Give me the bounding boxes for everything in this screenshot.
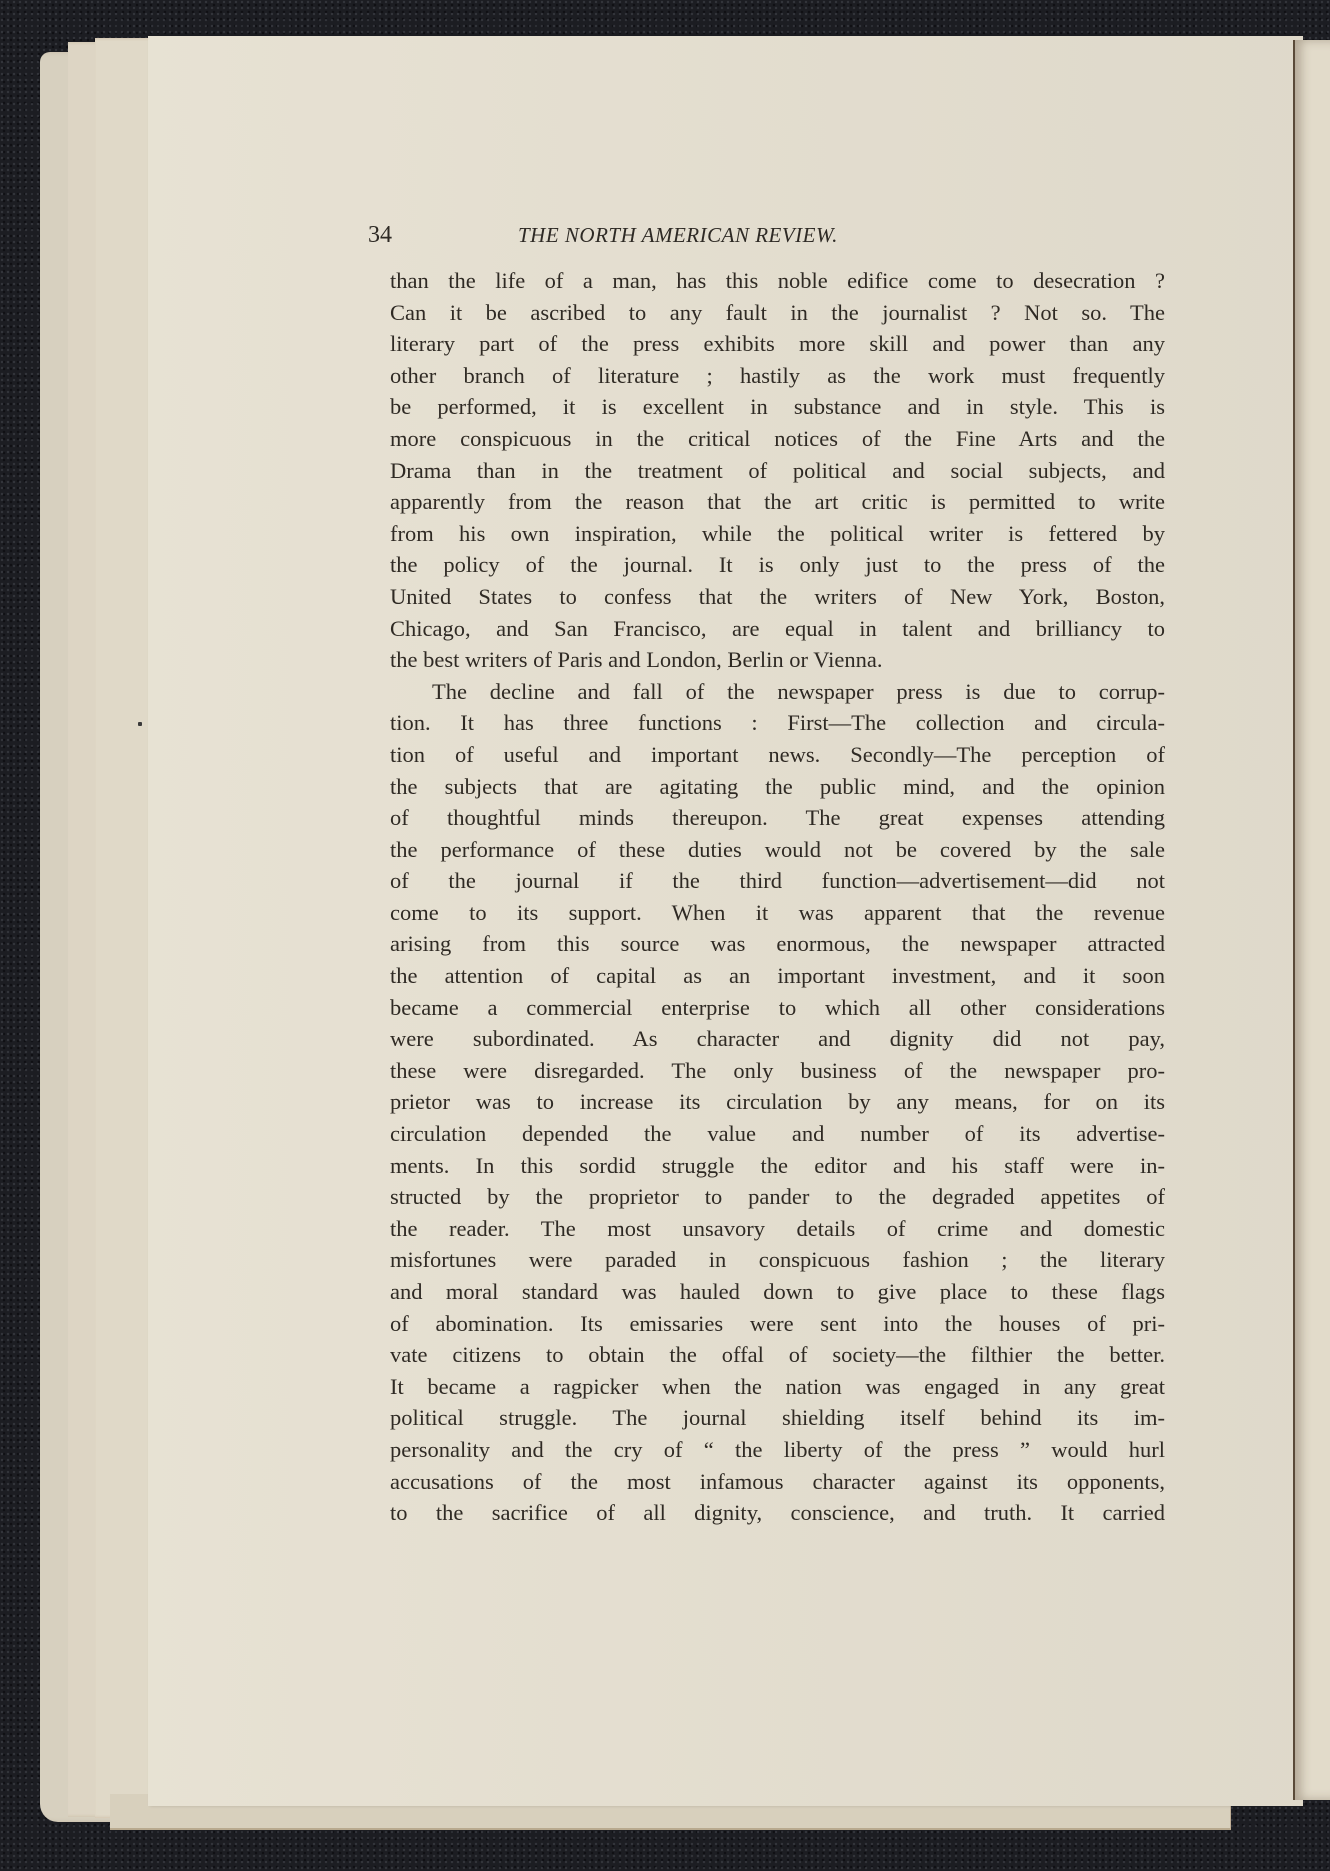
text-line: Can it be ascribed to any fault in the j… [390, 297, 1165, 329]
text-line: the subjects that are agitating the publ… [390, 771, 1165, 803]
text-line: of thoughtful minds thereupon. The great… [390, 802, 1165, 834]
text-line: misfortunes were paraded in conspicuous … [390, 1244, 1165, 1276]
text-line: Drama than in the treatment of political… [390, 455, 1165, 487]
text-line: come to its support. When it was apparen… [390, 897, 1165, 929]
text-line: more conspicuous in the critical notices… [390, 423, 1165, 455]
text-line: became a commercial enterprise to which … [390, 992, 1165, 1024]
page-header: 34 THE NORTH AMERICAN REVIEW. [368, 222, 1028, 249]
text-line: be performed, it is excellent in substan… [390, 391, 1165, 423]
text-line: accusations of the most infamous charact… [390, 1466, 1165, 1498]
text-line: political struggle. The journal shieldin… [390, 1402, 1165, 1434]
text-line: and moral standard was hauled down to gi… [390, 1276, 1165, 1308]
page-number: 34 [368, 222, 518, 249]
text-line: other branch of literature ; hastily as … [390, 360, 1165, 392]
text-line: apparently from the reason that the art … [390, 486, 1165, 518]
facing-page-edge [1293, 40, 1330, 1800]
text-line: these were disregarded. The only busines… [390, 1055, 1165, 1087]
text-line: than the life of a man, has this noble e… [390, 265, 1165, 297]
text-line: were subordinated. As character and dign… [390, 1023, 1165, 1055]
text-line: tion. It has three functions : First—The… [390, 707, 1165, 739]
text-line: vate citizens to obtain the offal of soc… [390, 1339, 1165, 1371]
text-line: the best writers of Paris and London, Be… [390, 644, 1165, 676]
text-line: arising from this source was enormous, t… [390, 928, 1165, 960]
text-line: of abomination. Its emissaries were sent… [390, 1308, 1165, 1340]
text-line: the performance of these duties would no… [390, 834, 1165, 866]
text-line: tion of useful and important news. Secon… [390, 739, 1165, 771]
text-line: the attention of capital as an important… [390, 960, 1165, 992]
text-line: Chicago, and San Francisco, are equal in… [390, 613, 1165, 645]
body-text: than the life of a man, has this noble e… [390, 265, 1165, 1529]
text-line: United States to confess that the writer… [390, 581, 1165, 613]
paper-mark [138, 722, 142, 726]
text-line: the policy of the journal. It is only ju… [390, 549, 1165, 581]
text-line: ments. In this sordid struggle the edito… [390, 1150, 1165, 1182]
text-line: structed by the proprietor to pander to … [390, 1181, 1165, 1213]
text-line: It became a ragpicker when the nation wa… [390, 1371, 1165, 1403]
text-line: literary part of the press exhibits more… [390, 328, 1165, 360]
text-line: The decline and fall of the newspaper pr… [390, 676, 1165, 708]
text-line: prietor was to increase its circulation … [390, 1086, 1165, 1118]
running-head: THE NORTH AMERICAN REVIEW. [518, 223, 838, 248]
text-line: personality and the cry of “ the liberty… [390, 1434, 1165, 1466]
text-line: from his own inspiration, while the poli… [390, 518, 1165, 550]
text-line: of the journal if the third function—adv… [390, 865, 1165, 897]
text-line: to the sacrifice of all dignity, conscie… [390, 1497, 1165, 1529]
text-line: the reader. The most unsavory details of… [390, 1213, 1165, 1245]
text-line: circulation depended the value and numbe… [390, 1118, 1165, 1150]
